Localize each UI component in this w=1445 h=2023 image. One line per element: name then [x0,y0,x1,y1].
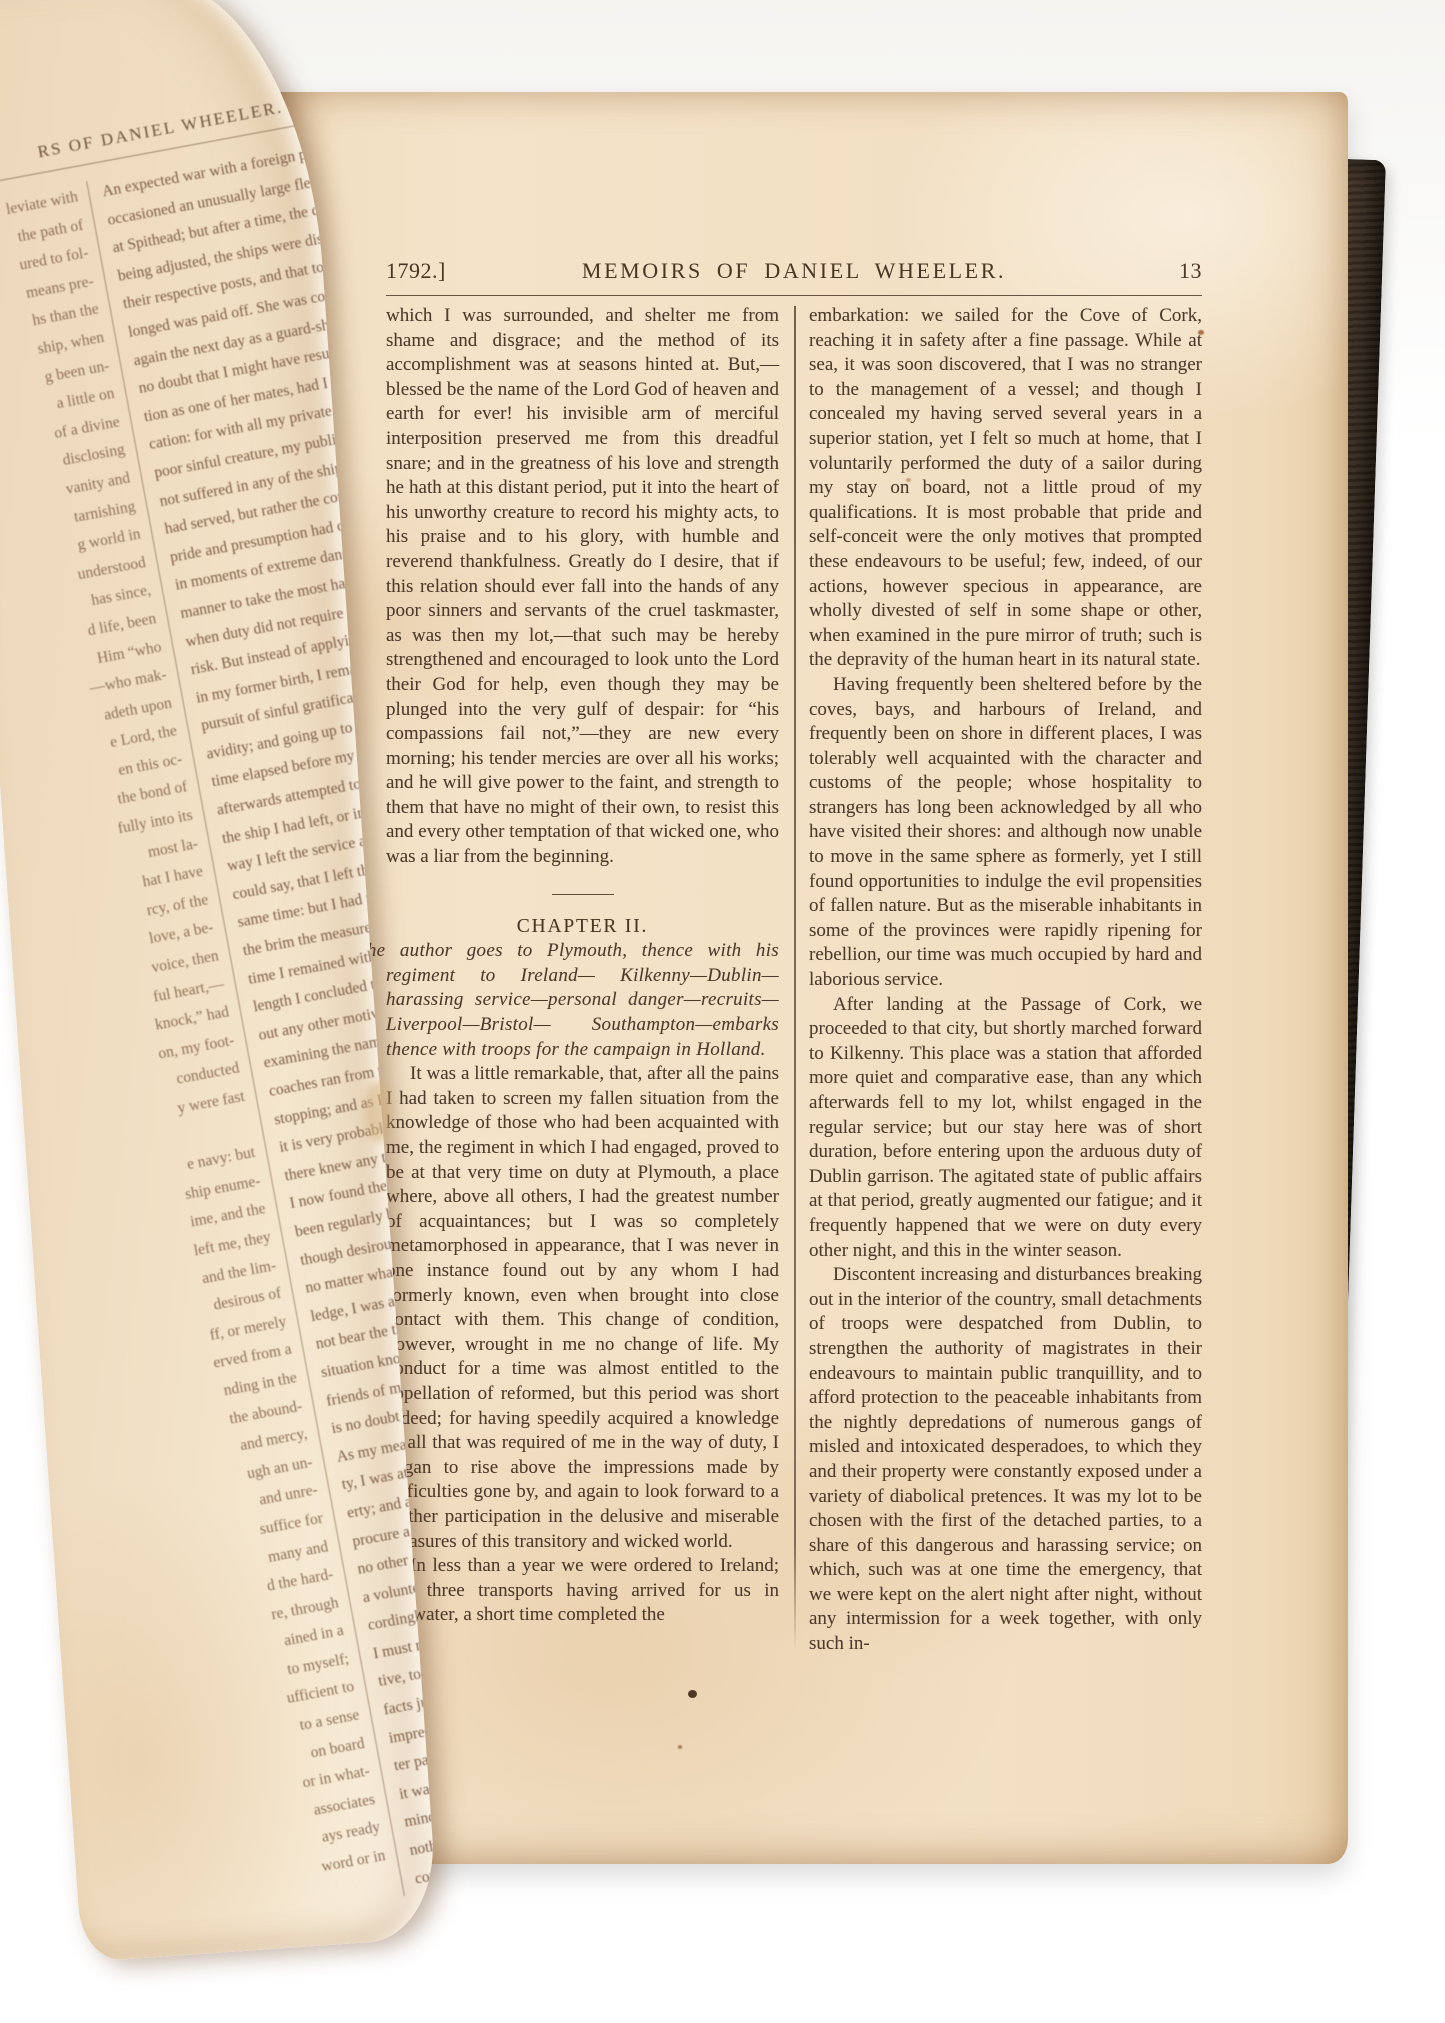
paragraph: After landing at the Passage of Cork, we… [809,993,1202,1264]
paper-stain-dot [1198,330,1204,335]
paragraph: Having frequently been sheltered before … [809,673,1202,993]
chapter-summary: The author goes to Plymouth, thence with… [386,939,779,1062]
column-divider-rule [794,306,796,1651]
chapter-divider-rule [552,894,614,895]
paper-stain-dot [678,1745,682,1749]
paragraph: It was a little remarkable, that, after … [386,1062,779,1554]
column-right: embarkation: we sailed for the Cove of C… [793,304,1202,1657]
header-page-number: 13 [1092,258,1202,284]
ink-spot [688,1690,697,1698]
book-page-13: 1792.] MEMOIRS OF DANIEL WHEELER. 13 whi… [258,92,1348,1864]
running-head: 1792.] MEMOIRS OF DANIEL WHEELER. 13 [386,92,1202,284]
chapter-heading: CHAPTER II. [386,915,779,940]
page-text-area: 1792.] MEMOIRS OF DANIEL WHEELER. 13 whi… [386,92,1202,1864]
gutter-fiber-stain [365,1082,391,1142]
header-year: 1792.] [386,258,496,284]
header-title: MEMOIRS OF DANIEL WHEELER. [496,258,1092,284]
text-columns: which I was surrounded, and shelter me f… [386,304,1202,1657]
paragraph: embarkation: we sailed for the Cove of C… [809,304,1202,673]
paragraph: Discontent increasing and disturbances b… [809,1263,1202,1657]
paragraph: In less than a year we were ordered to I… [386,1554,779,1628]
paper-stain-dot [906,478,911,482]
paragraph: which I was surrounded, and shelter me f… [386,304,779,870]
column-left: which I was surrounded, and shelter me f… [386,304,793,1657]
book-photograph: 1792.] MEMOIRS OF DANIEL WHEELER. 13 whi… [0,0,1445,2023]
header-rule [386,295,1202,296]
